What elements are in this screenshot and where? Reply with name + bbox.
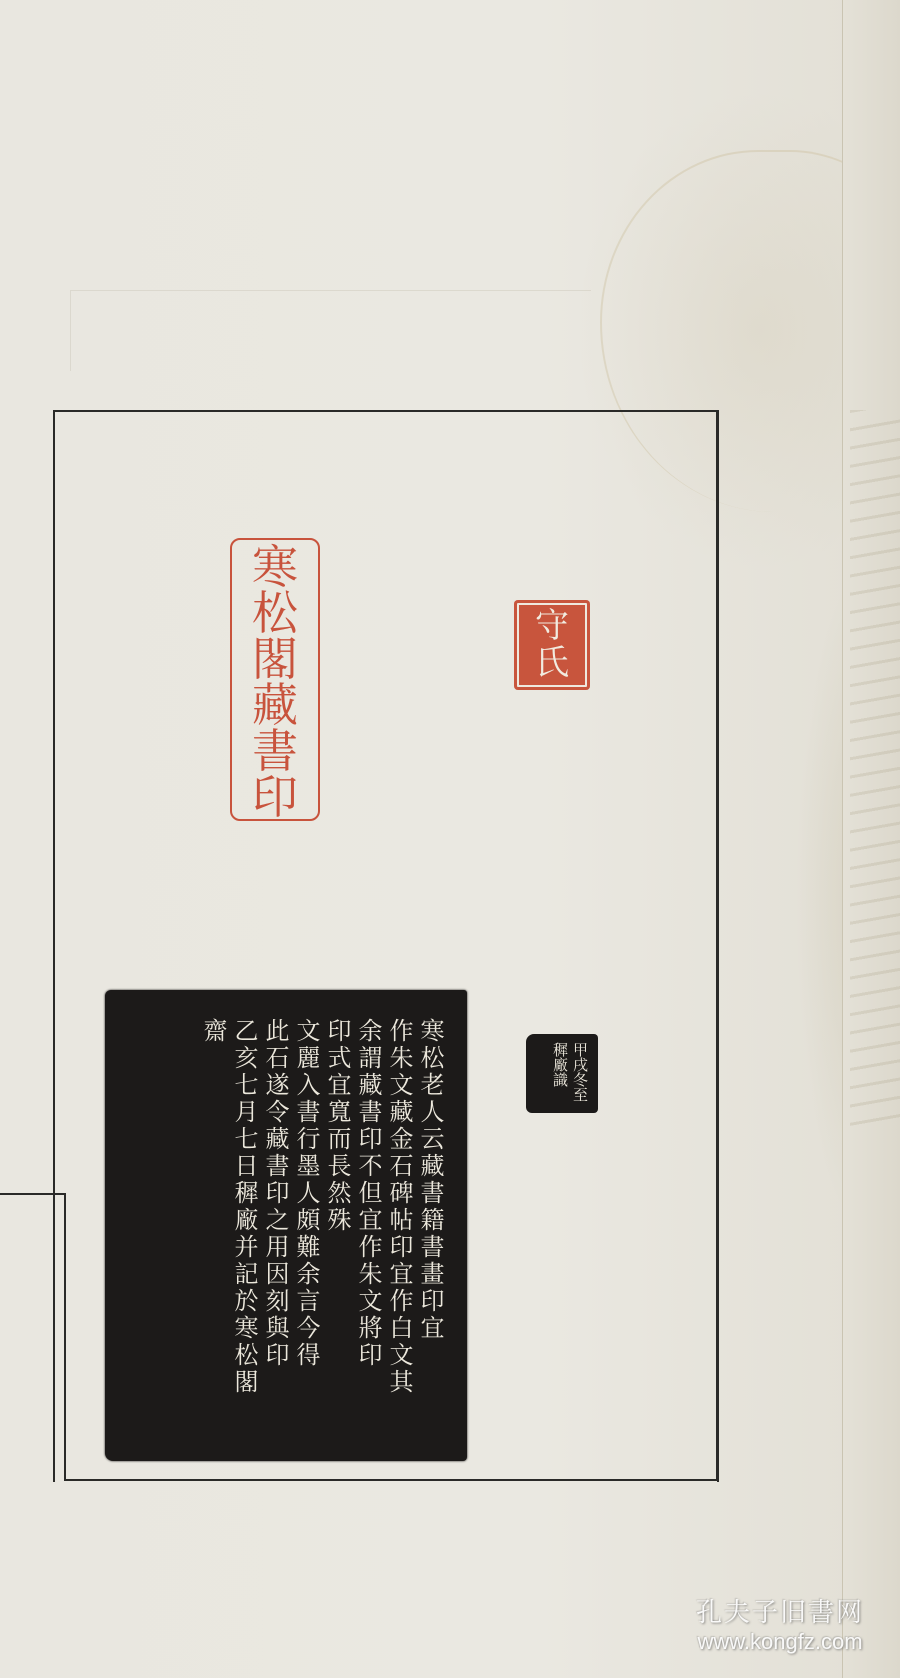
frame-bottom-rule [66,1479,718,1481]
seal-character: 藏 [252,682,298,728]
frame-right-rule [716,410,718,1481]
frame-left-lower-rule [64,1193,66,1481]
inscription-text: 甲戌冬至 穉廠識 [550,1042,590,1108]
seal-character: 守 [535,608,569,645]
inscription-column: 甲戌冬至 [570,1042,590,1108]
frame-outer-rule [0,1193,66,1195]
inscription-column: 作朱文藏金石碑帖印宜作白文其 [383,1018,414,1418]
seal-character: 寒 [252,544,298,590]
side-inscription-rubbing-large: 寒松老人云藏書籍書畫印宜 作朱文藏金石碑帖印宜作白文其 余謂藏書印不但宜作朱文將… [105,990,467,1461]
watermark-title: 孔夫子旧書网 [680,1597,880,1629]
seal-character: 書 [252,728,298,774]
inscription-column: 寒松老人云藏書籍書畫印宜 [414,1018,445,1418]
seal-character: 松 [252,590,298,636]
faint-show-through-frame [70,290,591,371]
seal-shou-shi: 守 氏 [514,600,590,690]
seal-character: 氏 [535,645,569,682]
inscription-text: 寒松老人云藏書籍書畫印宜 作朱文藏金石碑帖印宜作白文其 余謂藏書印不但宜作朱文將… [197,1018,445,1418]
watermark: 孔夫子旧書网 www.kongfz.com [680,1597,880,1655]
inscription-column: 余謂藏書印不但宜作朱文將印 [352,1018,383,1418]
inscription-column: 穉廠識 [550,1042,570,1108]
seal-character: 印 [252,774,298,820]
seal-hansongge-cangshu-yin: 寒 松 閣 藏 書 印 [230,538,320,821]
seal-character: 閣 [252,636,298,682]
inscription-column: 印式宜寬而長然殊 [321,1018,352,1418]
watermark-url: www.kongfz.com [680,1629,880,1655]
side-inscription-rubbing-small: 甲戌冬至 穉廠識 [526,1034,598,1113]
inscription-column: 文麗入書行墨人頗難余言今得 [290,1018,321,1418]
inscription-column: 乙亥七月七日穉廠并記於寒松閣齋 [197,1018,259,1418]
torn-page-edge [850,410,900,1130]
inscription-column: 此石遂令藏書印之用因刻與印 [259,1018,290,1418]
